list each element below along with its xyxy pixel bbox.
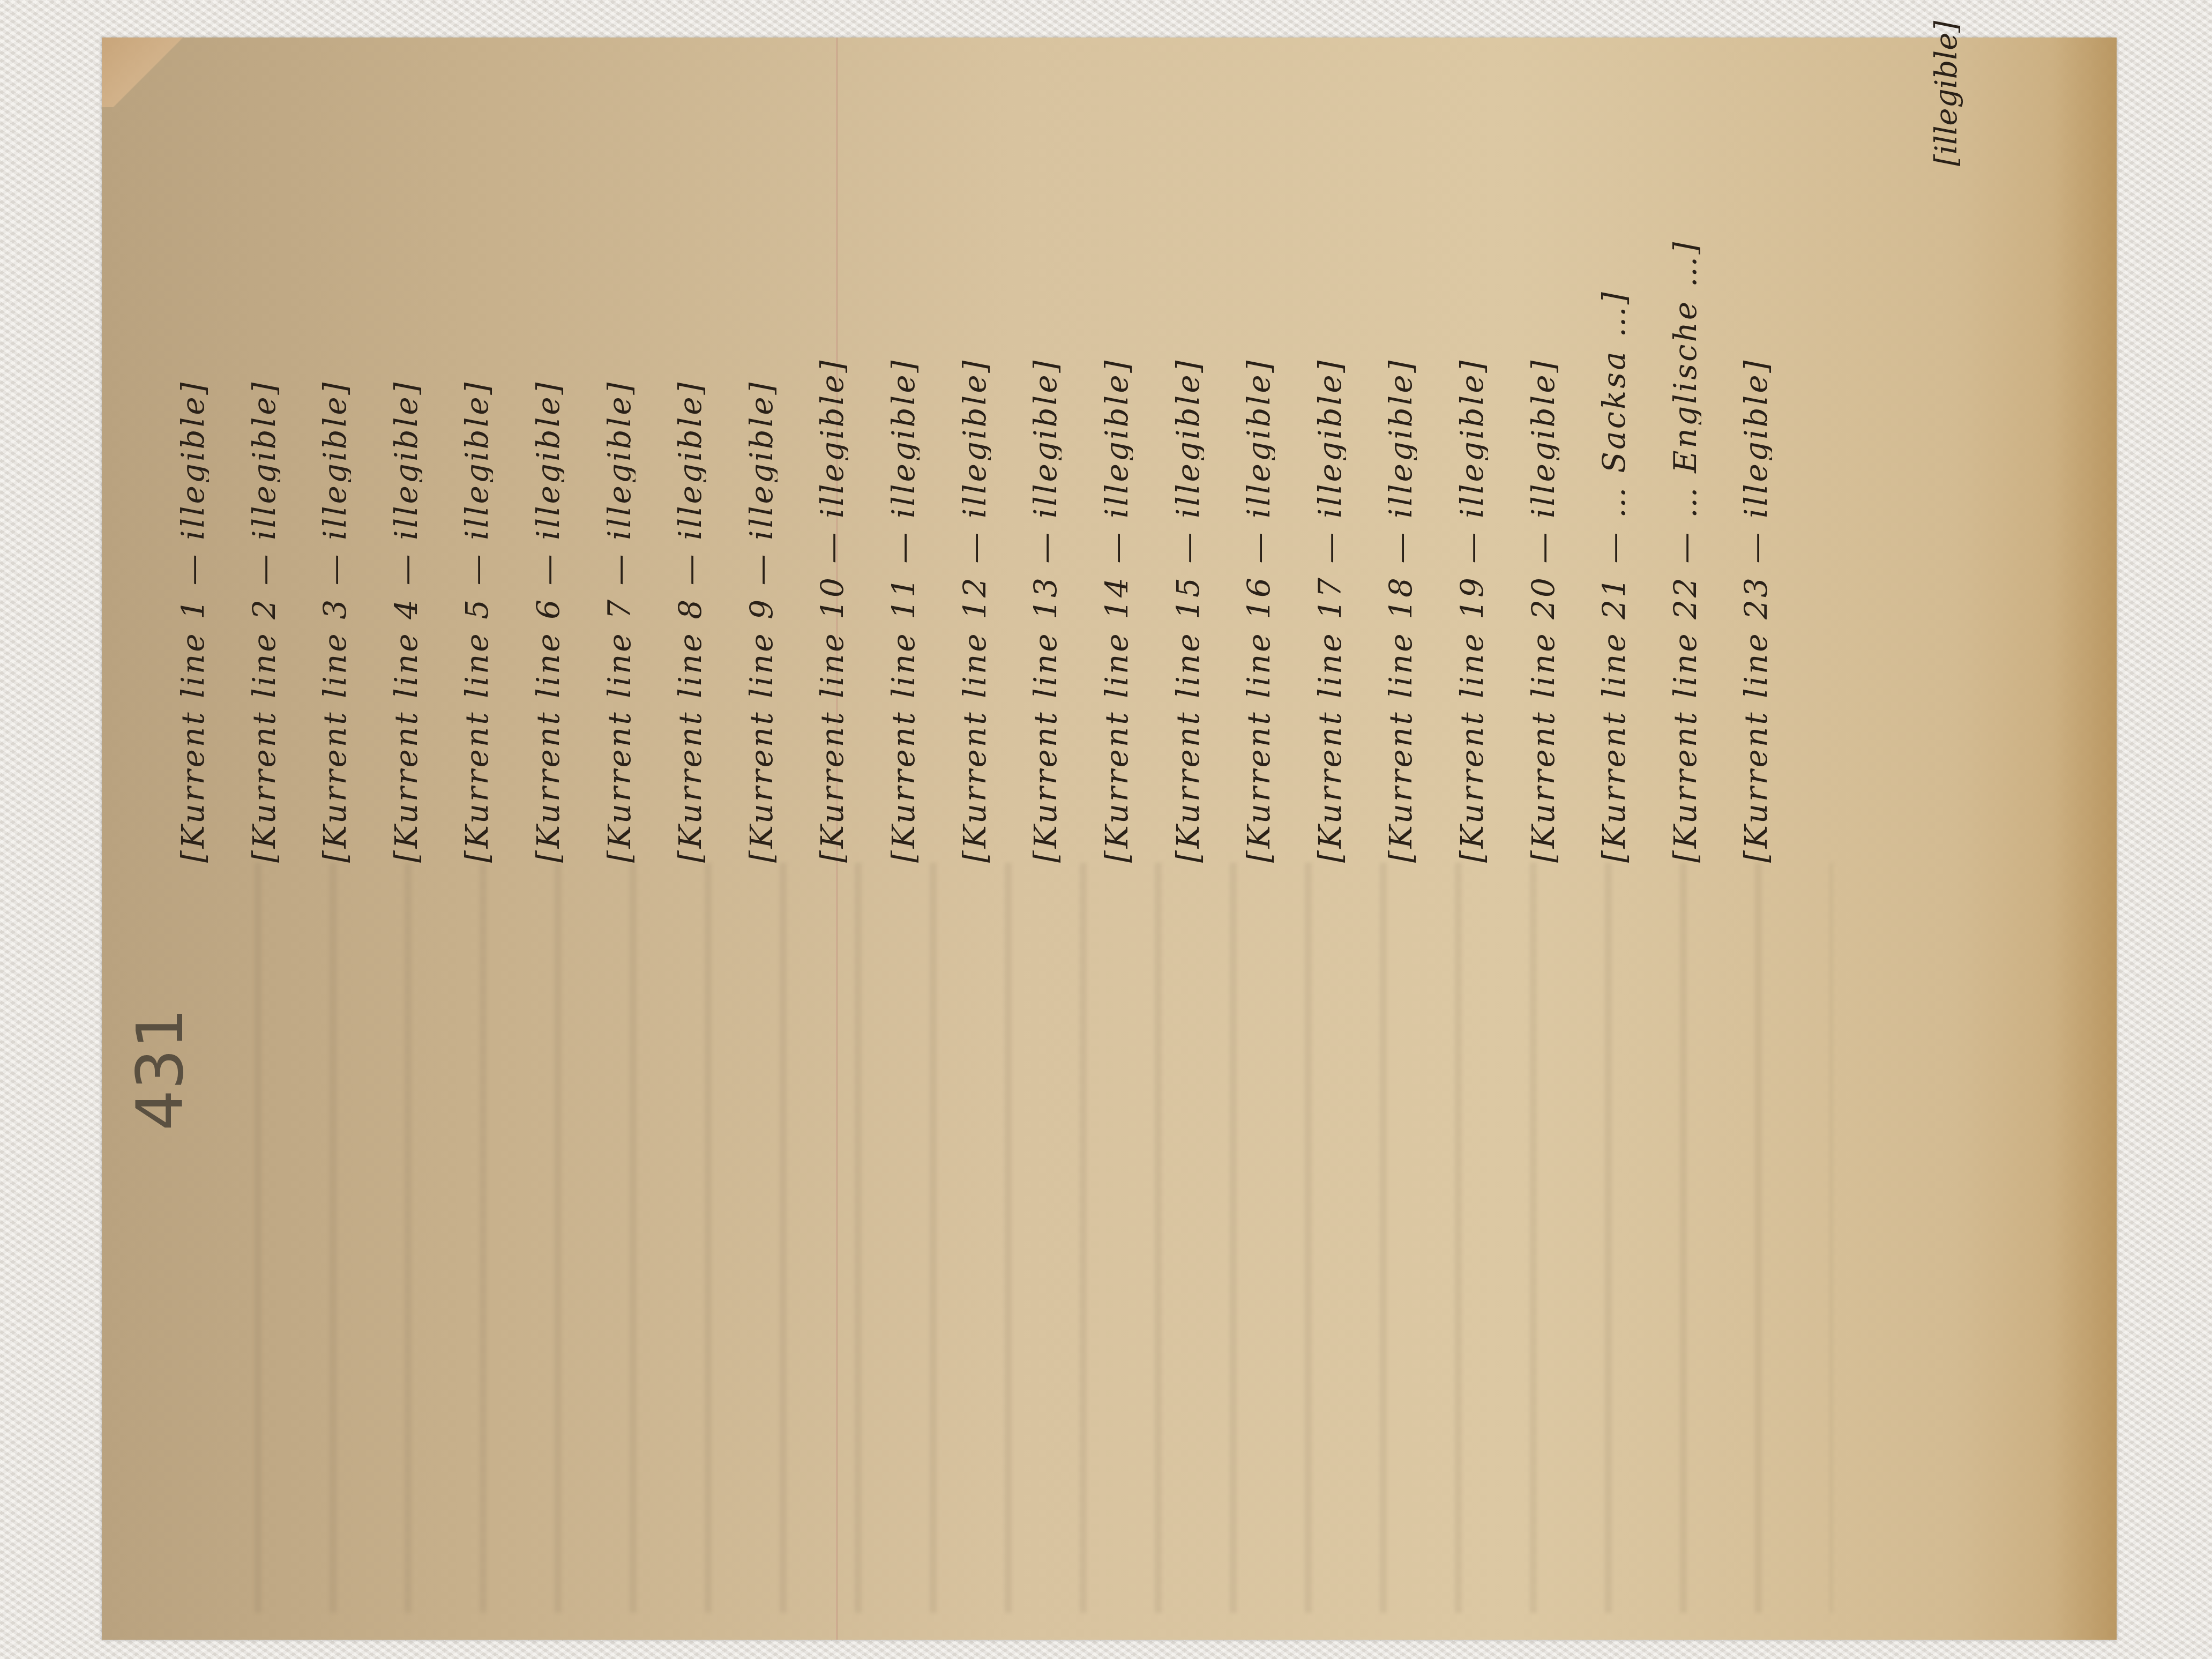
manuscript-line: [Kurrent line 6 — illegible] xyxy=(532,59,564,863)
page-number: 431 xyxy=(123,1008,198,1131)
manuscript-line: [Kurrent line 23 — illegible] xyxy=(1740,59,1772,863)
manuscript-line: [Kurrent line 7 — illegible] xyxy=(603,59,636,863)
manuscript-line: [Kurrent line 12 — illegible] xyxy=(959,59,991,863)
manuscript-line: [Kurrent line 8 — illegible] xyxy=(674,59,706,863)
manuscript-line: [Kurrent line 11 — illegible] xyxy=(887,59,920,863)
manuscript-line: [Kurrent line 17 — illegible] xyxy=(1314,59,1346,863)
manuscript-line: [Kurrent line 4 — illegible] xyxy=(390,59,422,863)
page-edge-stain xyxy=(2052,38,2117,1640)
manuscript-line: [Kurrent line 22 — … Englische …] xyxy=(1669,59,1701,863)
manuscript-line: [Kurrent line 1 — illegible] xyxy=(177,59,209,863)
manuscript-line: [Kurrent line 16 — illegible] xyxy=(1243,59,1275,863)
manuscript-line: [Kurrent line 15 — illegible] xyxy=(1172,59,1204,863)
manuscript-line: [Kurrent line 5 — illegible] xyxy=(461,59,493,863)
manuscript-line: [Kurrent line 18 — illegible] xyxy=(1385,59,1417,863)
manuscript-line: [Kurrent line 2 — illegible] xyxy=(248,59,280,863)
manuscript-line: [Kurrent line 10 — illegible] xyxy=(816,59,848,863)
manuscript-line: [Kurrent line 9 — illegible] xyxy=(745,59,778,863)
handwritten-text-block: [Kurrent line 1 — illegible][Kurrent lin… xyxy=(177,59,1811,863)
manuscript-line: [Kurrent line 21 — … Sacksa …] xyxy=(1598,59,1630,863)
manuscript-line: [Kurrent line 3 — illegible] xyxy=(319,59,351,863)
ink-bleed-through xyxy=(225,863,1833,1613)
manuscript-line: [Kurrent line 13 — illegible] xyxy=(1029,59,1062,863)
manuscript-line: [Kurrent line 14 — illegible] xyxy=(1101,59,1133,863)
manuscript-line: [Kurrent line 20 — illegible] xyxy=(1527,59,1559,863)
catchword: [illegible] xyxy=(1929,59,1961,166)
manuscript-line: [Kurrent line 19 — illegible] xyxy=(1456,59,1488,863)
